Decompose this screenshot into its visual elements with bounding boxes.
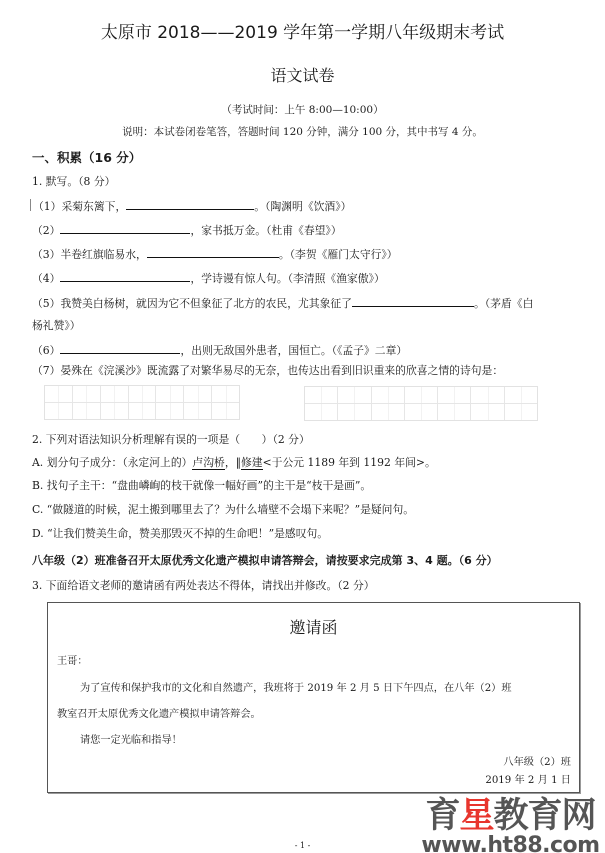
watermark-red-char: 星 — [459, 796, 493, 836]
exam-instructions: 说明：本试卷闭卷笔答，答题时间 120 分钟，满分 100 分，其中书写 4 分… — [0, 124, 605, 139]
item-suffix: 。（陶渊明《饮酒》） — [254, 200, 351, 213]
watermark-chinese: 育星教育网 — [418, 797, 603, 835]
answer-blank[interactable] — [60, 270, 190, 282]
separator: ，‖ — [225, 456, 241, 469]
item-suffix: 。（茅盾《白 — [474, 297, 533, 310]
text-cursor — [30, 199, 31, 211]
item-prefix: （2） — [32, 224, 60, 237]
item-suffix: ，家书抵万金。（杜甫《春望》） — [190, 224, 341, 237]
answer-blank[interactable] — [352, 295, 474, 307]
grid-row — [305, 387, 537, 404]
answer-grid-2[interactable] — [304, 386, 538, 421]
letter-body-line-1: 为了宣传和保护我市的文化和自然遗产，我班将于 2019 年 2 月 5 日下午四… — [80, 679, 512, 694]
watermark-chars: 教育网 — [494, 796, 596, 836]
answer-blank[interactable] — [147, 246, 279, 258]
question-2-option-d[interactable]: D. “让我们赞美生命，赞美那毁灭不掉的生命吧！”是感叹句。 — [32, 526, 328, 541]
question-1-item-5: （5）我赞美白杨树，就因为它不但象征了北方的农民，尤其象征了。（茅盾《白 — [32, 295, 533, 311]
item-suffix: ，出则无敌国外患者，国恒亡。（《孟子》二章） — [180, 344, 407, 357]
letter-salutation: 王哥： — [57, 652, 88, 667]
answer-grid-1[interactable] — [44, 385, 240, 420]
question-2-option-a[interactable]: A. 划分句子成分：（永定河上的）卢沟桥，‖修建<于公元 1189 年到 119… — [32, 455, 436, 470]
grid-row — [45, 386, 239, 403]
answer-blank[interactable] — [60, 342, 180, 354]
question-1-item-7: （7）晏殊在《浣溪沙》既流露了对繁华易尽的无奈，也传达出看到旧识重来的欣喜之情的… — [32, 363, 503, 378]
item-prefix: （1）采菊东篱下， — [33, 200, 126, 213]
watermark-char: 育 — [425, 796, 459, 836]
item-suffix: ，学诗谩有惊人句。（李清照《渔家傲》） — [190, 272, 384, 285]
question-1-item-6: （6），出则无敌国外患者，国恒亡。（《孟子》二章） — [32, 342, 407, 358]
letter-date: 2019 年 2 月 1 日 — [485, 771, 571, 786]
letter-signature: 八年级（2）班 — [503, 753, 571, 768]
grid-row — [305, 404, 537, 420]
underlined-predicate: 修建 — [241, 456, 263, 470]
question-1-item-4: （4），学诗谩有惊人句。（李清照《渔家傲》） — [32, 270, 385, 286]
question-2-option-b[interactable]: B. 找句子主干：“盘曲嶙峋的枝干就像一幅好画”的主干是“枝干是画”。 — [32, 478, 371, 493]
invitation-letter: 邀请函 王哥： 为了宣传和保护我市的文化和自然遗产，我班将于 2019 年 2 … — [47, 602, 580, 793]
option-rest: <于公元 1189 年到 1192 年间>。 — [263, 456, 436, 469]
letter-body-line-2: 教室召开太原优秀文化遗产模拟申请答辩会。 — [57, 705, 261, 720]
item-suffix: 。（李贺《雁门太守行》） — [279, 248, 398, 261]
exam-time: （考试时间：上午 8:00—10:00） — [0, 102, 605, 117]
letter-title: 邀请函 — [48, 615, 579, 638]
question-3-heading: 3. 下面给语文老师的邀请函有两处表达不得体，请找出并修改。（2 分） — [32, 578, 375, 593]
question-1-item-2: （2），家书抵万金。（杜甫《春望》） — [32, 222, 342, 238]
answer-blank[interactable] — [126, 198, 254, 210]
question-1-item-3: （3）半卷红旗临易水，。（李贺《雁门太守行》） — [32, 246, 398, 262]
letter-closing: 请您一定光临和指导！ — [80, 731, 182, 746]
exam-title: 太原市 2018——2019 学年第一学期八年级期末考试 — [0, 18, 605, 43]
underlined-subject: 卢沟桥 — [192, 456, 224, 470]
item-prefix: （3）半卷红旗临易水， — [32, 248, 147, 261]
question-2-option-c[interactable]: C. “做隧道的时候，泥土搬到哪里去了？为什么墙壁不会塌下来呢？”是疑问句。 — [32, 502, 414, 517]
section-heading: 一、积累（16 分） — [32, 148, 141, 166]
exam-subtitle: 语文试卷 — [0, 63, 605, 86]
question-1-heading: 1. 默写。（8 分） — [32, 174, 115, 189]
grid-row — [45, 403, 239, 419]
question-1-item-1: （1）采菊东篱下，。（陶渊明《饮酒》） — [30, 198, 351, 214]
option-label: A. 划分句子成分：（永定河上的） — [32, 456, 192, 469]
item-prefix: （6） — [32, 344, 60, 357]
item-prefix: （4） — [32, 272, 60, 285]
item-prefix: （5）我赞美白杨树，就因为它不但象征了北方的农民，尤其象征了 — [32, 297, 352, 310]
question-2-heading: 2. 下列对语法知识分析理解有误的一项是（ ）（2 分） — [32, 432, 310, 447]
task-context: 八年级（2）班准备召开太原优秀文化遗产模拟申请答辩会，请按要求完成第 3、4 题… — [32, 552, 498, 568]
question-1-item-5-continuation: 杨礼赞》） — [32, 318, 81, 333]
answer-blank[interactable] — [60, 222, 190, 234]
page-number: - 1 - — [0, 841, 605, 850]
